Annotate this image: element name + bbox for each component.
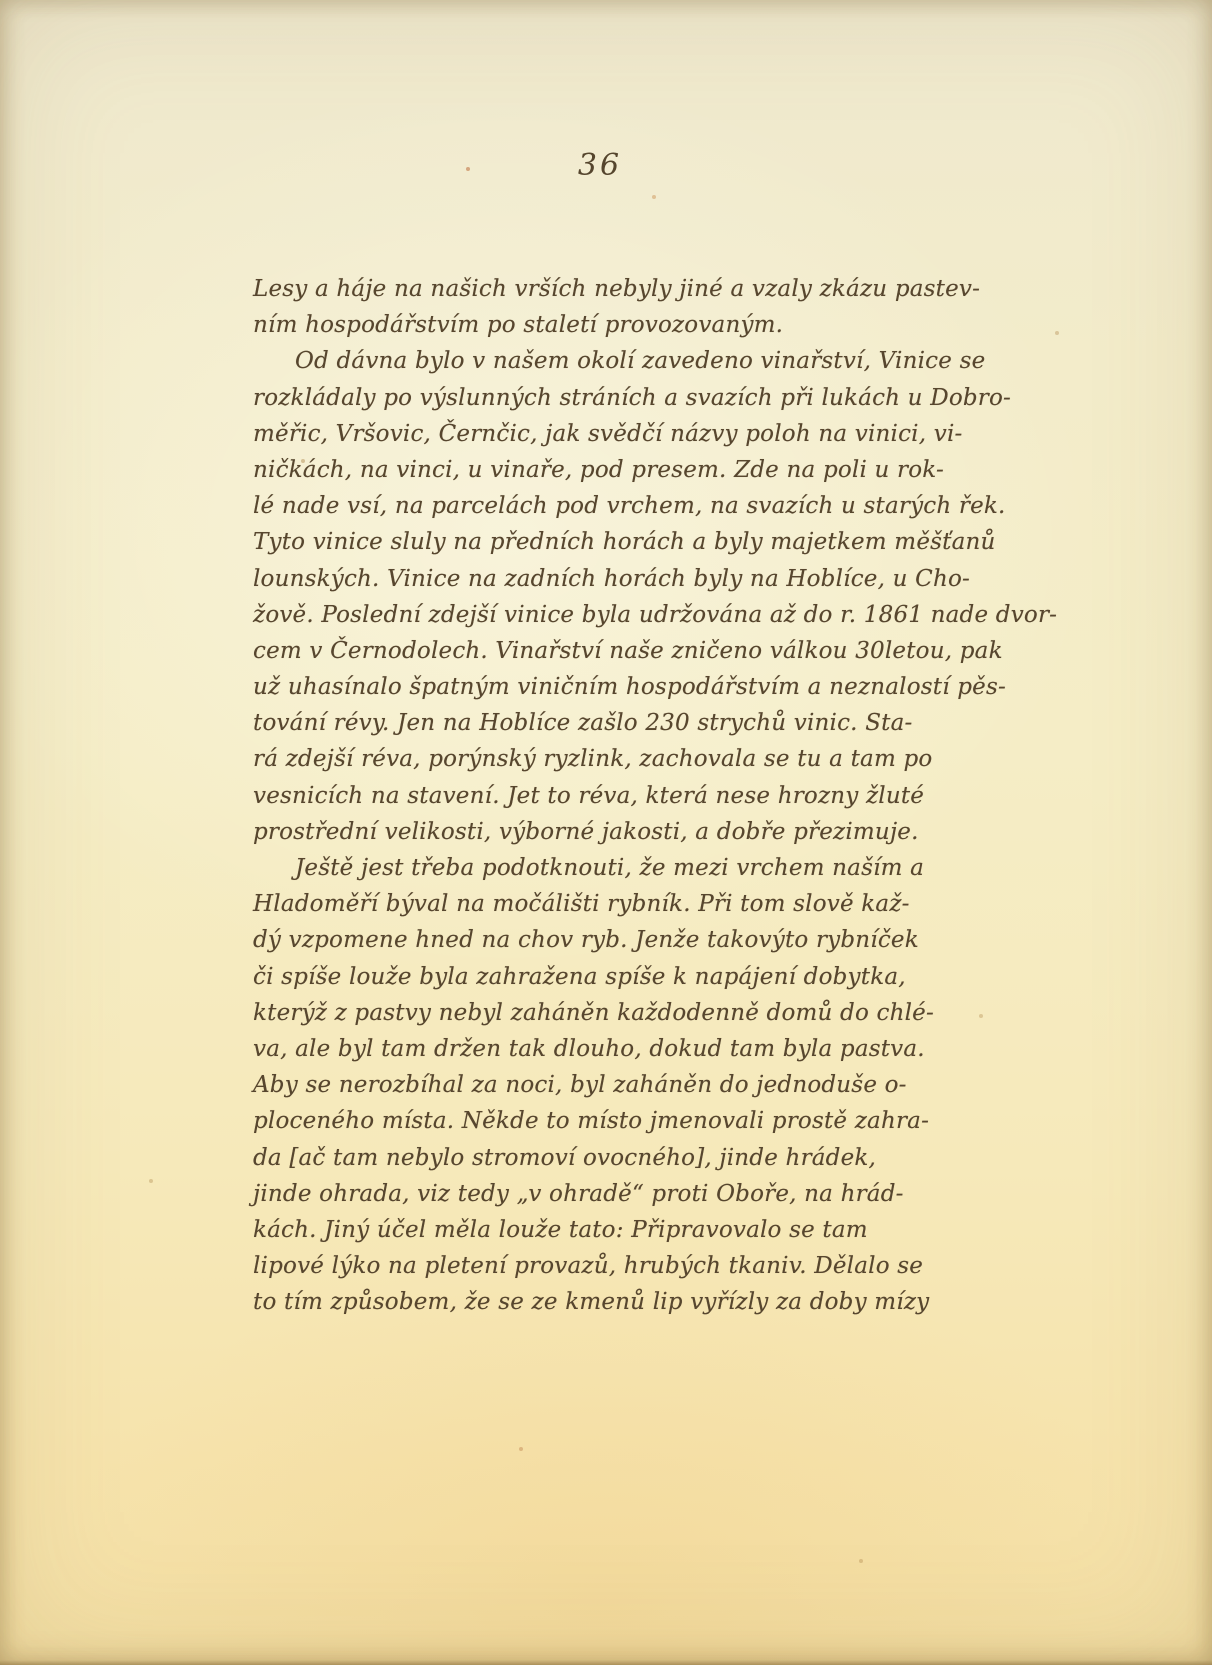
manuscript-line: lipové lýko na pletení provazů, hrubých … (253, 1248, 1033, 1284)
manuscript-line: ním hospodářstvím po staletí provozovaný… (253, 307, 1033, 343)
manuscript-line: lé nade vsí, na parcelách pod vrchem, na… (253, 488, 1033, 524)
manuscript-line: dý vzpomene hned na chov ryb. Jenže tako… (253, 922, 1033, 958)
manuscript-line: žově. Poslední zdejší vinice byla udržov… (253, 597, 1033, 633)
manuscript-line: ploceného místa. Někde to místo jmenoval… (253, 1103, 1033, 1139)
manuscript-line: jinde ohrada, viz tedy „v ohradě“ proti … (253, 1176, 1033, 1212)
manuscript-line: Tyto vinice sluly na předních horách a b… (253, 524, 1033, 560)
manuscript-line: va, ale byl tam držen tak dlouho, dokud … (253, 1031, 1033, 1067)
paper-specks (0, 0, 2, 2)
manuscript-line: už uhasínalo špatným viničním hospodářst… (253, 669, 1033, 705)
manuscript-text: Lesy a háje na našich vrších nebyly jiné… (253, 271, 1033, 1320)
manuscript-line: prostřední velikosti, výborné jakosti, a… (253, 814, 1033, 850)
manuscript-line: rá zdejší réva, porýnský ryzlink, zachov… (253, 741, 1033, 777)
manuscript-line: Hladoměří býval na močálišti rybník. Při… (253, 886, 1033, 922)
manuscript-line: tování révy. Jen na Hoblíce zašlo 230 st… (253, 705, 1033, 741)
page-number: 36 (545, 148, 655, 183)
manuscript-page: 36 Lesy a háje na našich vrších nebyly j… (0, 0, 1212, 1665)
manuscript-line: vesnicích na stavení. Jet to réva, která… (253, 778, 1033, 814)
manuscript-line: kterýž z pastvy nebyl zaháněn každodenně… (253, 995, 1033, 1031)
paper-bottom-edge (0, 1660, 1212, 1665)
manuscript-line: Lesy a háje na našich vrších nebyly jiné… (253, 271, 1033, 307)
manuscript-line: měřic, Vršovic, Černčic, jak svědčí názv… (253, 416, 1033, 452)
manuscript-line: Ještě jest třeba podotknouti, že mezi vr… (253, 850, 1033, 886)
manuscript-line: rozkládaly po výslunných stráních a svaz… (253, 380, 1033, 416)
manuscript-line: lounských. Vinice na zadních horách byly… (253, 561, 1033, 597)
manuscript-line: ničkách, na vinci, u vinaře, pod presem.… (253, 452, 1033, 488)
manuscript-line: či spíše louže byla zahražena spíše k na… (253, 959, 1033, 995)
manuscript-line: da [ač tam nebylo stromoví ovocného], ji… (253, 1140, 1033, 1176)
manuscript-line: kách. Jiný účel měla louže tato: Připrav… (253, 1212, 1033, 1248)
manuscript-line: Od dávna bylo v našem okolí zavedeno vin… (253, 343, 1033, 379)
manuscript-line: cem v Černodolech. Vinařství naše zničen… (253, 633, 1033, 669)
manuscript-line: Aby se nerozbíhal za noci, byl zaháněn d… (253, 1067, 1033, 1103)
manuscript-line: to tím způsobem, že se ze kmenů lip vyří… (253, 1284, 1033, 1320)
